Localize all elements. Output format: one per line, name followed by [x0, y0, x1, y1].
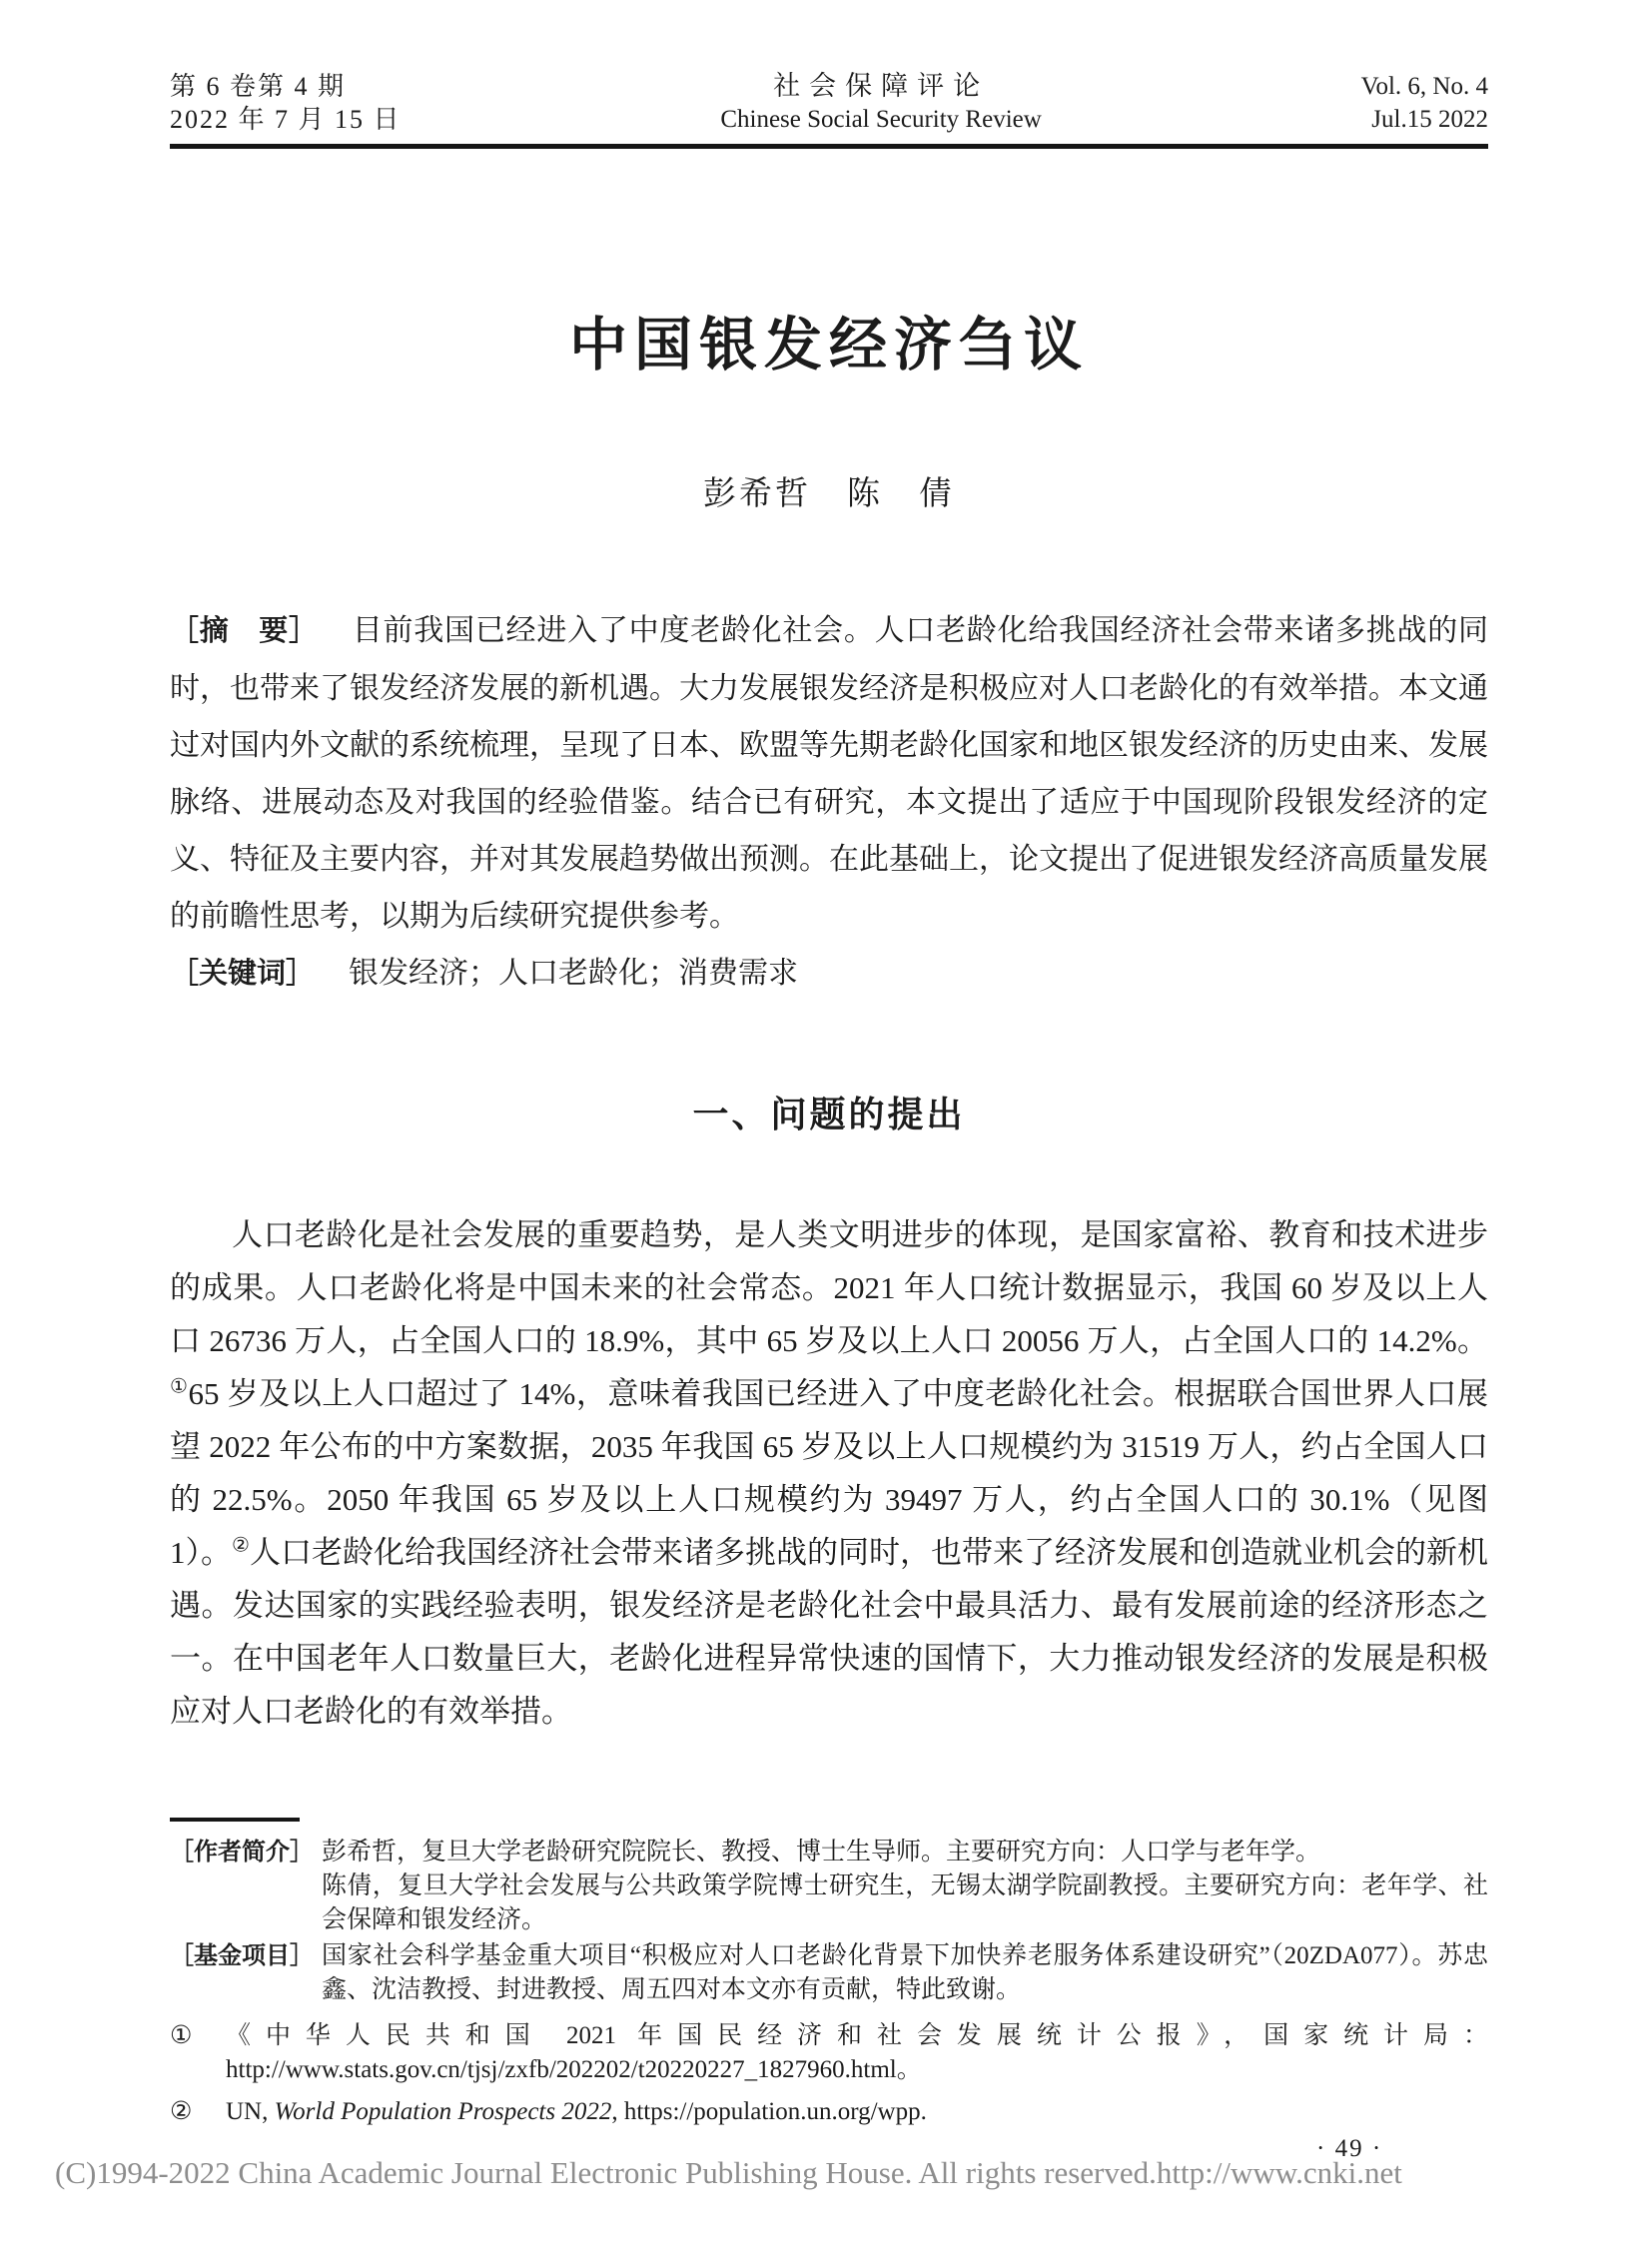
footnote-ref-2: ② — [232, 1535, 250, 1557]
author-bio-note: ［作者简介］ 彭希哲，复旦大学老龄研究院院长、教授、博士生导师。主要研究方向：人… — [170, 1836, 1488, 1937]
fund-label: ［基金项目］ — [170, 1939, 322, 1973]
body-paragraph: 人口老龄化是社会发展的重要趋势，是人类文明进步的体现，是国家富裕、教育和技术进步… — [170, 1208, 1488, 1738]
author-bio-1: 彭希哲，复旦大学老龄研究院院长、教授、博士生导师。主要研究方向：人口学与老年学。 — [322, 1836, 1488, 1869]
footnote-ref-1: ① — [170, 1376, 188, 1398]
keywords-text: 银发经济；人口老龄化；消费需求 — [349, 957, 798, 990]
body-text-part1: 人口老龄化是社会发展的重要趋势，是人类文明进步的体现，是国家富裕、教育和技术进步… — [170, 1217, 1488, 1358]
article-authors: 彭希哲 陈 倩 — [170, 474, 1488, 514]
cnki-url: http://www.cnki.net — [1157, 2155, 1402, 2191]
author-bio-label: ［作者简介］ — [170, 1836, 322, 1869]
fund-text: 国家社会科学基金重大项目“积极应对人口老龄化背景下加快养老服务体系建设研究”（2… — [322, 1939, 1488, 2007]
copyright-watermark: (C)1994-2022 China Academic Journal Elec… — [55, 2155, 1311, 2191]
header-date-cn: 2022 年 7 月 15 日 — [170, 103, 402, 136]
keywords-paragraph: ［关键词］银发经济；人口老龄化；消费需求 — [170, 945, 1488, 1003]
footnote-2-post: , https://population.un.org/wpp. — [611, 2098, 927, 2125]
abstract-block: ［摘 要］目前我国已经进入了中度老龄化社会。人口老龄化给我国经济社会带来诸多挑战… — [170, 602, 1488, 1003]
footnote-2: ② UN, World Population Prospects 2022, h… — [170, 2095, 1488, 2129]
footnote-separator-rule — [170, 1818, 300, 1822]
footnote-area: ［作者简介］ 彭希哲，复旦大学老龄研究院院长、教授、博士生导师。主要研究方向：人… — [170, 1836, 1488, 2129]
body-text-part3: 人口老龄化给我国经济社会带来诸多挑战的同时，也带来了经济发展和创造就业机会的新机… — [170, 1535, 1488, 1729]
author-bio-2: 陈倩，复旦大学社会发展与公共政策学院博士研究生，无锡太湖学院副教授。主要研究方向… — [322, 1869, 1488, 1937]
footnote-1-number: ① — [170, 2019, 226, 2053]
footnote-2-pre: UN, — [226, 2098, 275, 2125]
footnote-1: ① 《中华人民共和国 2021 年国民经济和社会发展统计公报》，国家统计局：ht… — [170, 2019, 1488, 2087]
footnote-2-text: UN, World Population Prospects 2022, htt… — [226, 2095, 1488, 2129]
journal-name-cn: 社会保障评论 — [720, 70, 1041, 103]
footnote-2-number: ② — [170, 2095, 226, 2129]
footnote-1-text: 《中华人民共和国 2021 年国民经济和社会发展统计公报》，国家统计局：http… — [226, 2019, 1488, 2087]
header-issue-cn: 第 6 卷第 4 期 — [170, 70, 402, 103]
section-heading: 一、问题的提出 — [170, 1093, 1488, 1136]
header-journal-name: 社会保障评论 Chinese Social Security Review — [720, 70, 1041, 136]
copyright-text: (C)1994-2022 China Academic Journal Elec… — [55, 2155, 1157, 2191]
header-volume-info: Vol. 6, No. 4 Jul.15 2022 — [1361, 70, 1488, 136]
header-issue-info: 第 6 卷第 4 期 2022 年 7 月 15 日 — [170, 70, 402, 136]
header-date-en: Jul.15 2022 — [1361, 103, 1488, 136]
abstract-paragraph: ［摘 要］目前我国已经进入了中度老龄化社会。人口老龄化给我国经济社会带来诸多挑战… — [170, 602, 1488, 945]
keywords-label: ［关键词］ — [170, 958, 315, 990]
journal-header: 第 6 卷第 4 期 2022 年 7 月 15 日 社会保障评论 Chines… — [170, 70, 1488, 149]
author-bio-text: 彭希哲，复旦大学老龄研究院院长、教授、博士生导师。主要研究方向：人口学与老年学。… — [322, 1836, 1488, 1937]
journal-page: 第 6 卷第 4 期 2022 年 7 月 15 日 社会保障评论 Chines… — [0, 0, 1652, 2242]
fund-note: ［基金项目］ 国家社会科学基金重大项目“积极应对人口老龄化背景下加快养老服务体系… — [170, 1939, 1488, 2007]
footnote-2-book-title: World Population Prospects 2022 — [275, 2098, 612, 2125]
header-issue-en: Vol. 6, No. 4 — [1361, 70, 1488, 103]
abstract-text: 目前我国已经进入了中度老龄化社会。人口老龄化给我国经济社会带来诸多挑战的同时，也… — [170, 614, 1488, 933]
journal-name-en: Chinese Social Security Review — [720, 103, 1041, 136]
abstract-label: ［摘 要］ — [170, 615, 319, 647]
article-title: 中国银发经济刍议 — [170, 317, 1488, 374]
